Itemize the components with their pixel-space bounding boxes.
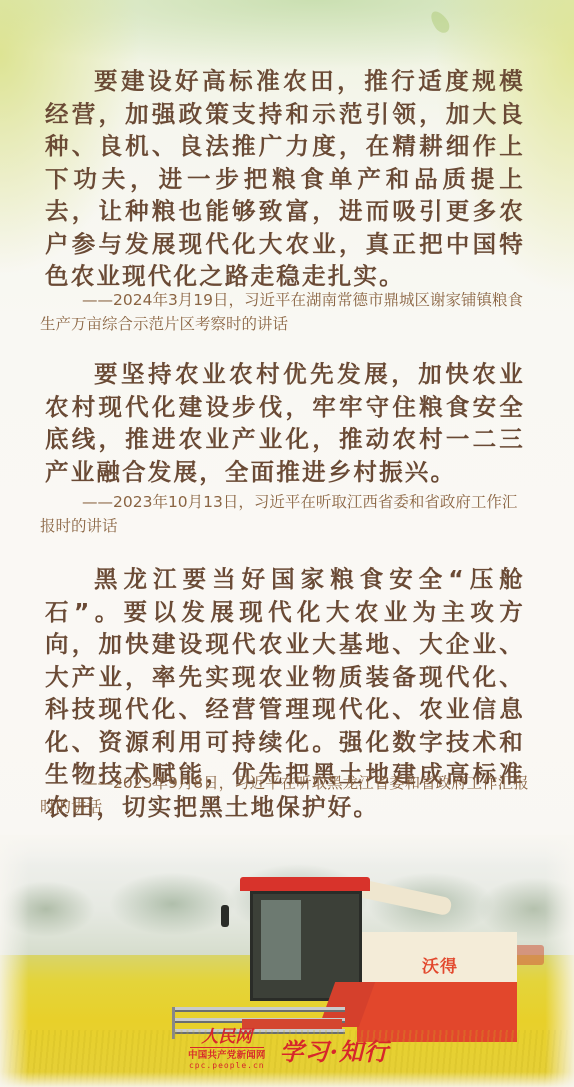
quote-3-source: ——2023年9月8日，习近平在听取黑龙江省委和省政府工作汇报时的讲话 — [40, 771, 530, 819]
people-daily-logo[interactable]: 人民网 中国共产党新闻网 cpc.people.cn — [188, 1028, 266, 1071]
people-logo-url: cpc.people.cn — [189, 1061, 265, 1071]
quote-2-text: 要坚持农业农村优先发展，加快农业农村现代化建设步伐，牢牢守住粮食安全底线，推进农… — [45, 358, 525, 488]
footer-logos: 人民网 中国共产党新闻网 cpc.people.cn 学习·知行 — [188, 1028, 389, 1071]
people-logo-cn: 中国共产党新闻网 — [188, 1050, 266, 1061]
quote-1-text: 要建设好高标准农田，推行适度规模经营，加强政策支持和示范引领，加大良种、良机、良… — [45, 65, 525, 293]
quote-1-source: ——2024年3月19日，习近平在湖南常德市鼎城区谢家铺镇粮食生产万亩综合示范片… — [40, 288, 530, 336]
column-title-logo: 学习·知行 — [280, 1032, 389, 1067]
people-logo-script: 人民网 — [201, 1028, 252, 1046]
people-logo-divider — [190, 1047, 264, 1048]
quote-2-source: ——2023年10月13日，习近平在听取江西省委和省政府工作汇报时的讲话 — [40, 490, 530, 538]
